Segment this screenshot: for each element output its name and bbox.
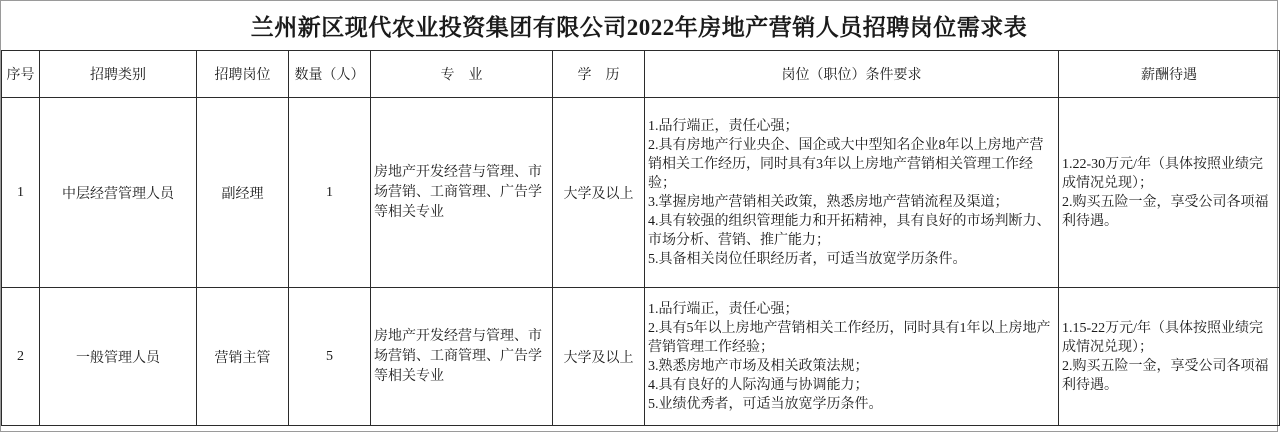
major-cell: 房地产开发经营与管理、市场营销、工商管理、广告学等相关专业: [371, 98, 553, 288]
page-frame: 兰州新区现代农业投资集团有限公司2022年房地产营销人员招聘岗位需求表 序号 招…: [0, 0, 1278, 432]
category-cell: 中层经营管理人员: [40, 98, 197, 288]
salary-cell: 1.22-30万元/年（具体按照业绩完成情况兑现）； 2.购买五险一金，享受公司…: [1059, 98, 1280, 288]
col-header-position: 招聘岗位: [197, 51, 289, 98]
table-row: 1 中层经营管理人员 副经理 1 房地产开发经营与管理、市场营销、工商管理、广告…: [2, 98, 1280, 288]
education-cell: 大学及以上: [553, 288, 645, 426]
salary-cell: 1.15-22万元/年（具体按照业绩完成情况兑现）； 2.购买五险一金，享受公司…: [1059, 288, 1280, 426]
col-header-category: 招聘类别: [40, 51, 197, 98]
col-header-seq: 序号: [2, 51, 40, 98]
header-row: 序号 招聘类别 招聘岗位 数量（人） 专 业 学 历 岗位（职位）条件要求 薪酬…: [2, 51, 1280, 98]
col-header-requirements: 岗位（职位）条件要求: [645, 51, 1059, 98]
col-header-salary: 薪酬待遇: [1059, 51, 1280, 98]
requirements-cell: 1.品行端正，责任心强； 2.具有房地产行业央企、国企或大中型知名企业8年以上房…: [645, 98, 1059, 288]
category-cell: 一般管理人员: [40, 288, 197, 426]
position-cell: 营销主管: [197, 288, 289, 426]
col-header-education: 学 历: [553, 51, 645, 98]
seq-cell: 2: [2, 288, 40, 426]
seq-cell: 1: [2, 98, 40, 288]
table-row: 2 一般管理人员 营销主管 5 房地产开发经营与管理、市场营销、工商管理、广告学…: [2, 288, 1280, 426]
requirements-cell: 1.品行端正，责任心强； 2.具有5年以上房地产营销相关工作经历，同时具有1年以…: [645, 288, 1059, 426]
major-cell: 房地产开发经营与管理、市场营销、工商管理、广告学等相关专业: [371, 288, 553, 426]
position-cell: 副经理: [197, 98, 289, 288]
document-title: 兰州新区现代农业投资集团有限公司2022年房地产营销人员招聘岗位需求表: [1, 1, 1277, 50]
recruitment-table: 序号 招聘类别 招聘岗位 数量（人） 专 业 学 历 岗位（职位）条件要求 薪酬…: [1, 50, 1280, 426]
count-cell: 5: [289, 288, 371, 426]
count-cell: 1: [289, 98, 371, 288]
education-cell: 大学及以上: [553, 98, 645, 288]
col-header-count: 数量（人）: [289, 51, 371, 98]
col-header-major: 专 业: [371, 51, 553, 98]
